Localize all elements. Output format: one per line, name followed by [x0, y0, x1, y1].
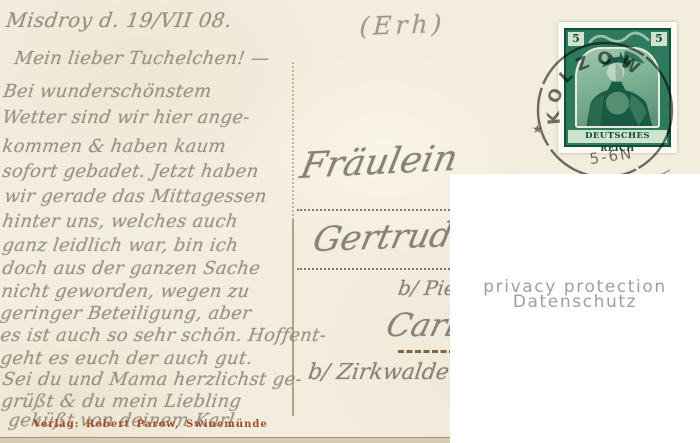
message-line: geht es euch der auch gut. — [0, 348, 254, 369]
address-underline — [398, 350, 455, 353]
message-line: es ist auch so sehr schön. Hoffent- — [0, 325, 328, 346]
message-line: Mein lieber Tuchelchen! — — [13, 48, 271, 69]
message-line: ganz leidlich war, bin ich — [1, 235, 240, 256]
address-name: Gertrud — [309, 215, 456, 260]
message-line: doch aus der ganzen Sache — [1, 258, 262, 279]
message-line: Wetter sind wir hier ange- — [1, 107, 251, 128]
message-line: grüßt & du mein Liebling — [0, 391, 243, 412]
publisher-imprint: Verlag: Robert Parow, Swinemünde — [33, 419, 268, 430]
postmark-star-icon: ★ — [532, 122, 543, 136]
address-dotted-line — [297, 209, 453, 211]
postcard-back: Misdroy d. 19/VII 08. Mein lieber Tuchel… — [0, 0, 700, 443]
address-salutation: Fräulein — [297, 138, 461, 187]
address-district: b/ Zirkwalde — [306, 360, 450, 385]
address-dotted-line — [297, 268, 453, 270]
divider-line-dotted — [292, 62, 294, 220]
date-line: Misdroy d. 19/VII 08. — [5, 8, 234, 32]
message-line: kommen & haben kaum — [1, 136, 227, 157]
message-line: nicht geworden, wegen zu — [0, 281, 251, 302]
message-line: hinter uns, welches auch — [1, 211, 239, 232]
address-care-of: b/ Pie — [397, 276, 458, 300]
message-line: wir gerade das Mittagessen — [3, 186, 268, 207]
postmark-time: 5-6N — [588, 144, 634, 168]
pencil-annotation: (Erh) — [359, 9, 446, 41]
privacy-overlay: privacy protection Datenschutz — [450, 174, 700, 443]
message-line: Sei du und Mama herzlichst ge- — [1, 369, 303, 390]
message-line: sofort gebadet. Jetzt haben — [1, 161, 260, 182]
privacy-text-de: Datenschutz — [513, 295, 637, 310]
message-line: Bei wunderschönstem — [2, 81, 213, 102]
message-line: geringer Beteiligung, aber — [0, 303, 253, 324]
card-bottom-edge — [0, 437, 452, 443]
